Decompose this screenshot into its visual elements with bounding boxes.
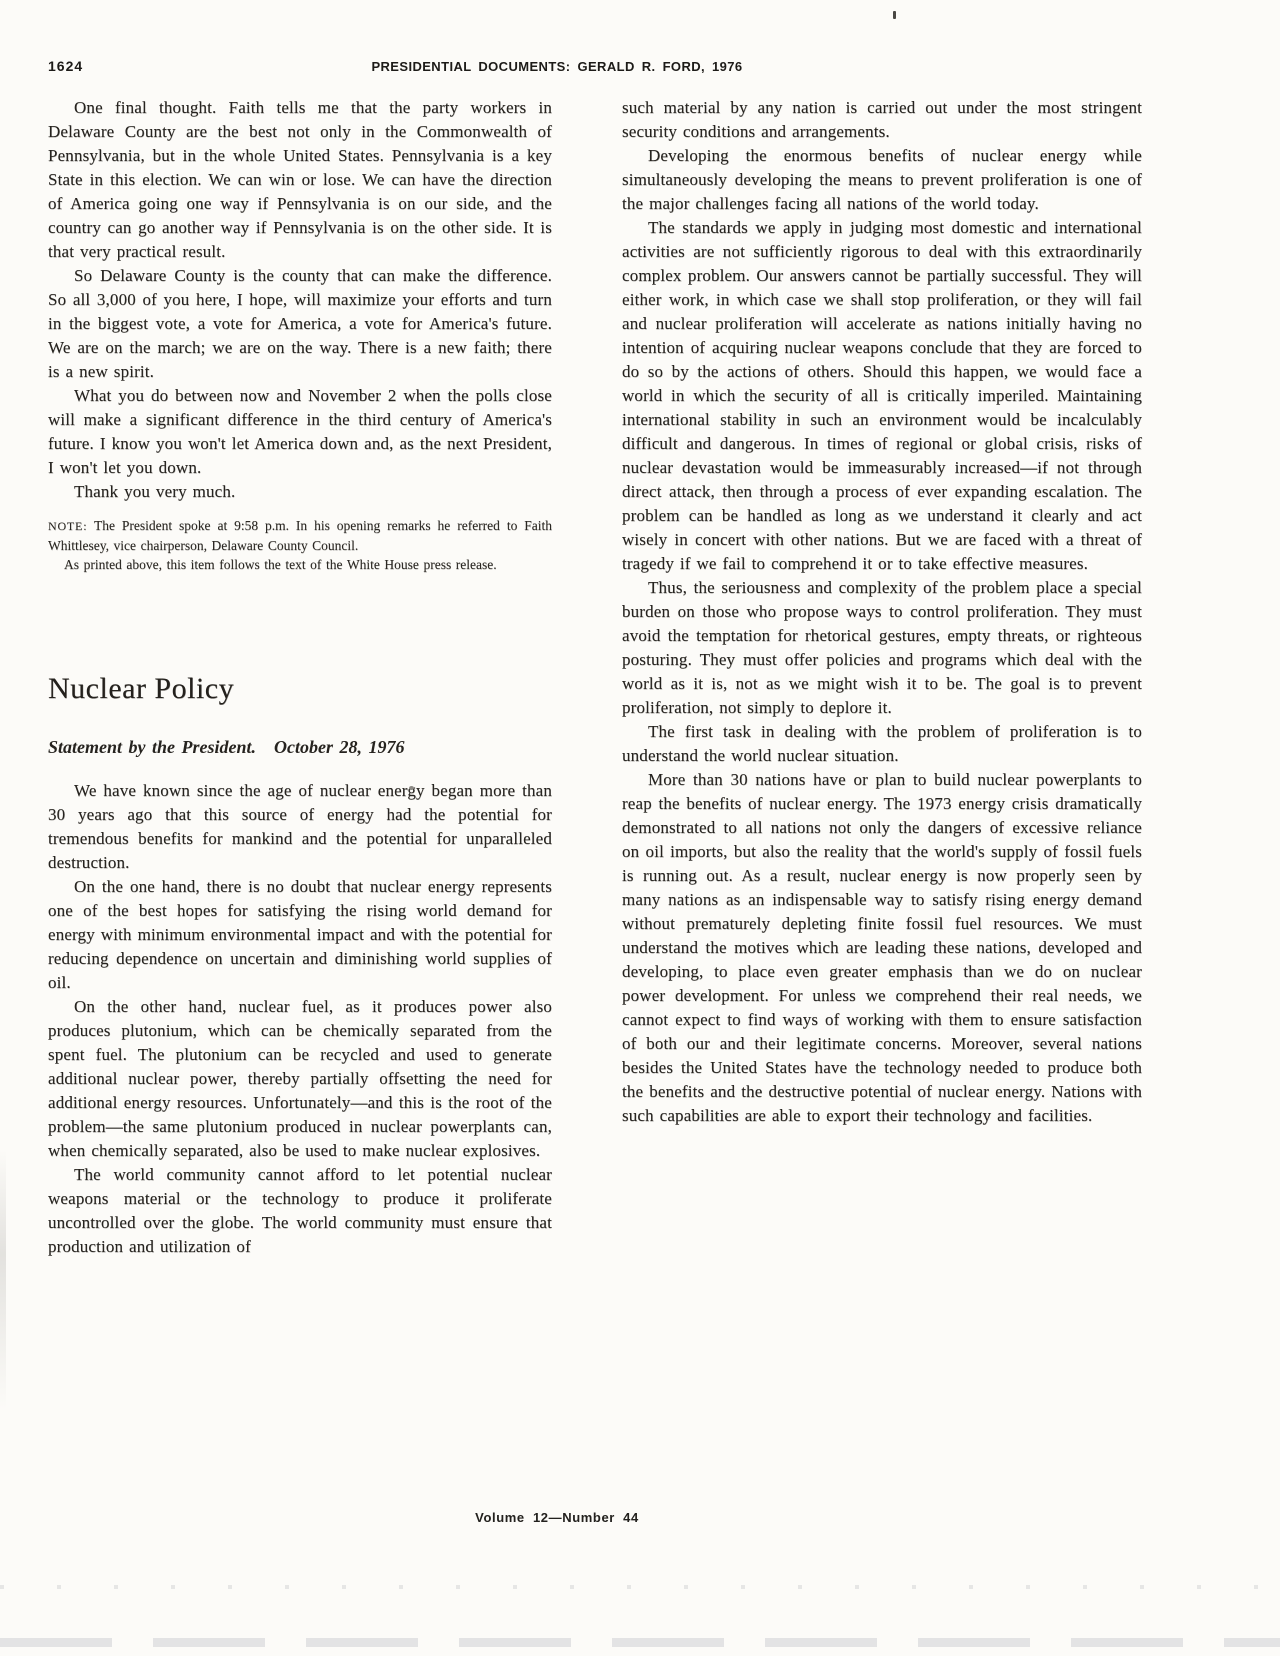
article-paragraph: Thus, the seriousness and complexity of … [622,576,1142,720]
speech-closing: Thank you very much. [48,480,552,504]
article-paragraph: On the one hand, there is no doubt that … [48,875,552,995]
speech-note: NOTE: The President spoke at 9:58 p.m. I… [48,516,552,555]
article-title: Nuclear Policy [48,670,552,708]
footer-volume-number: Volume 12—Number 44 [0,1510,1114,1525]
note-text: The President spoke at 9:58 p.m. In his … [48,518,552,553]
note-addendum: As printed above, this item follows the … [48,555,552,574]
note-label: NOTE: [48,519,87,533]
article-byline: Statement by the President. October 28, … [48,736,552,759]
article-paragraph: Developing the enormous benefits of nucl… [622,144,1142,216]
left-column: One final thought. Faith tells me that t… [48,96,552,1259]
scan-smudge [0,1150,6,1410]
right-column: such material by any nation is carried o… [622,96,1142,1128]
speech-paragraph: So Delaware County is the county that ca… [48,264,552,384]
article-paragraph: The world community cannot afford to let… [48,1163,552,1259]
scan-dash-row [0,1638,1280,1647]
speech-paragraph: One final thought. Faith tells me that t… [48,96,552,264]
article-paragraph-continuation: such material by any nation is carried o… [622,96,1142,144]
speech-paragraph: What you do between now and November 2 w… [48,384,552,480]
scan-dots-row [0,1585,1280,1589]
article-paragraph: The first task in dealing with the probl… [622,720,1142,768]
article-paragraph: On the other hand, nuclear fuel, as it p… [48,995,552,1163]
scan-speck-mid [409,786,414,790]
scan-speck-top [893,11,896,19]
article-paragraph: We have known since the age of nuclear e… [48,779,552,875]
article-paragraph: The standards we apply in judging most d… [622,216,1142,576]
article-paragraph: More than 30 nations have or plan to bui… [622,768,1142,1128]
document-page: 1624 PRESIDENTIAL DOCUMENTS: GERALD R. F… [0,0,1280,1656]
running-header: PRESIDENTIAL DOCUMENTS: GERALD R. FORD, … [0,59,1114,74]
